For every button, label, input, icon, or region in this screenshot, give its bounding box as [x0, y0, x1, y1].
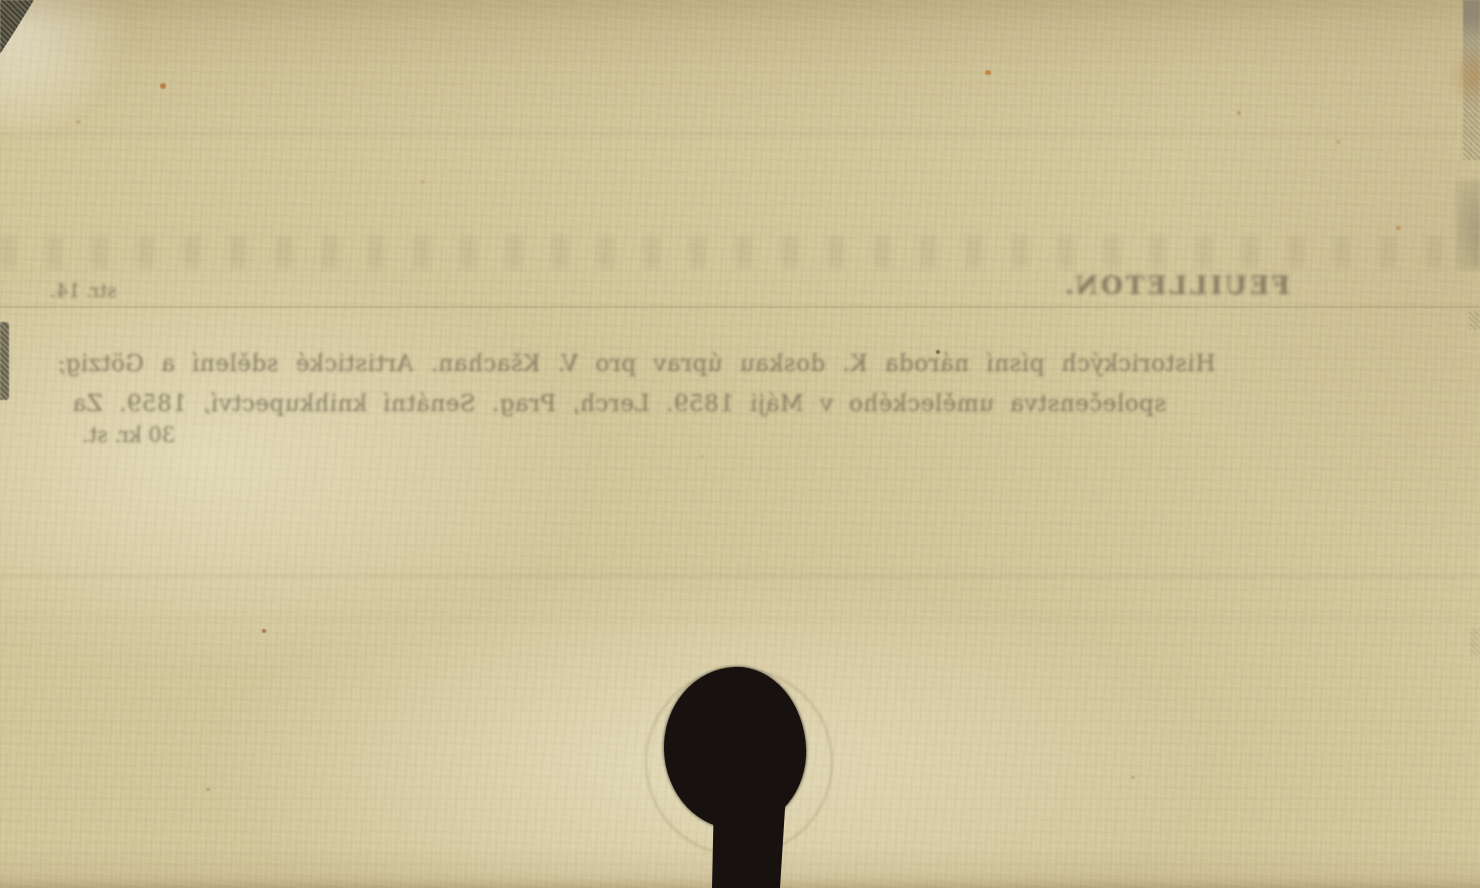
page-edge-gray-mottle — [1456, 180, 1480, 270]
stain-spot — [1237, 111, 1241, 115]
stain-spot — [985, 70, 991, 75]
stain-spot — [1131, 776, 1135, 779]
stain-spot — [1336, 140, 1341, 144]
bleedthrough-line: 30 kr. st. — [82, 423, 175, 447]
stain-spot — [160, 83, 166, 89]
horizontal-crease — [0, 306, 1480, 308]
dirt-band — [0, 236, 1480, 268]
page-edge-brown-smudge — [1450, 48, 1480, 104]
bleedthrough-line: Historických písní národa K. doskau úpra… — [57, 351, 1215, 377]
page-edge-fleck — [1469, 310, 1480, 330]
stain-spot — [936, 350, 940, 354]
stain-spot — [420, 180, 425, 184]
stain-spot — [700, 455, 704, 458]
page-edge-fleck — [1470, 628, 1480, 656]
bleedthrough-header-left: str. 14. — [50, 280, 117, 302]
binding-fabric-corner — [0, 0, 42, 62]
stain-spot — [76, 120, 81, 124]
binding-fabric-left-edge — [0, 322, 9, 400]
stain-spot — [206, 788, 210, 791]
bleedthrough-line: společenstva uměleckého v Máji 1859. Ler… — [72, 391, 1166, 417]
stain-spot — [1396, 226, 1401, 230]
horizontal-crease — [0, 132, 1480, 135]
stain-spot — [262, 629, 266, 633]
horizontal-crease — [0, 617, 1480, 619]
horizontal-crease — [0, 574, 1480, 577]
bleedthrough-header-right: FEUILLETON. — [1062, 271, 1290, 300]
scanned-book-page: str. 14. FEUILLETON. Historických písní … — [0, 0, 1480, 888]
